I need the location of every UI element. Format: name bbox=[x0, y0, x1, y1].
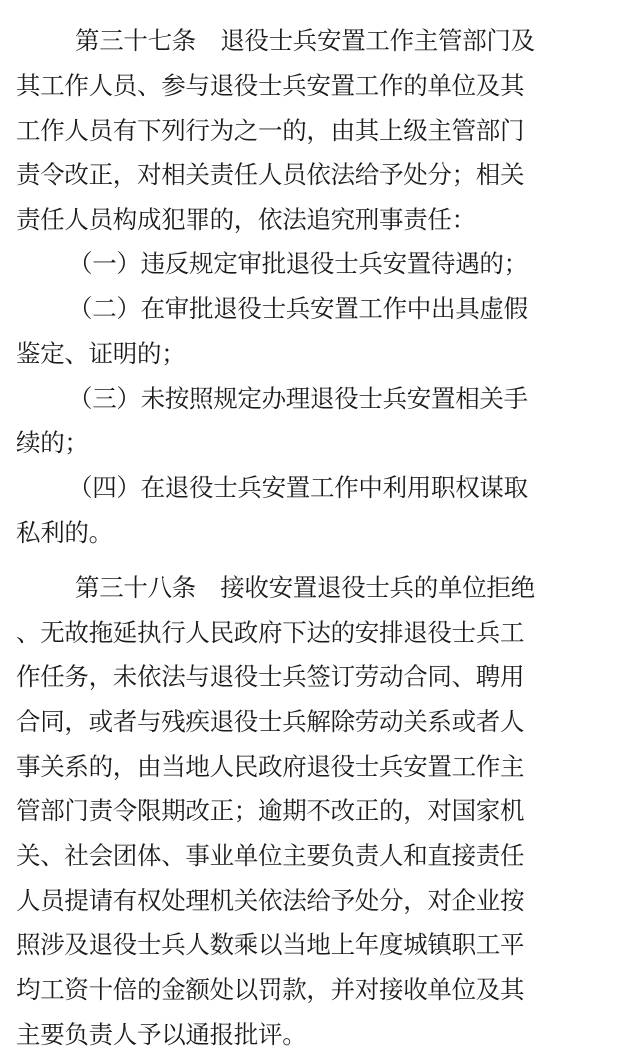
list-item-4: （四）在退役士兵安置工作中利用职权谋取 bbox=[68, 465, 640, 510]
text-line: 私利的。 bbox=[16, 510, 626, 555]
text-line: 责令改正，对相关责任人员依法给予处分；相关 bbox=[16, 152, 626, 197]
text-line: 作任务，未依法与退役士兵签订劳动合同、聘用 bbox=[16, 654, 626, 699]
text-line: 续的； bbox=[16, 420, 626, 465]
text-line: 其工作人员、参与退役士兵安置工作的单位及其 bbox=[16, 63, 626, 108]
article-38-heading-line: 第三十八条 接收安置退役士兵的单位拒绝 bbox=[75, 565, 640, 610]
text-line: 照涉及退役士兵人数乘以当地上年度城镇职工平 bbox=[16, 922, 626, 967]
text-line: 均工资十倍的金额处以罚款，并对接收单位及其 bbox=[16, 967, 626, 1012]
text-line: 合同，或者与残疾退役士兵解除劳动关系或者人 bbox=[16, 699, 626, 744]
text-line: 鉴定、证明的； bbox=[16, 331, 626, 376]
text-line: 工作人员有下列行为之一的，由其上级主管部门 bbox=[16, 108, 626, 153]
list-item-3: （三）未按照规定办理退役士兵安置相关手 bbox=[68, 376, 640, 421]
text-line: 、无故拖延执行人民政府下达的安排退役士兵工 bbox=[16, 610, 626, 655]
list-item-2: （二）在审批退役士兵安置工作中出具虚假 bbox=[68, 286, 640, 331]
text-line: 管部门责令限期改正；逾期不改正的，对国家机 bbox=[16, 788, 626, 833]
article-37-heading-line: 第三十七条 退役士兵安置工作主管部门及 bbox=[75, 18, 640, 63]
document-page: 第三十七条 退役士兵安置工作主管部门及 其工作人员、参与退役士兵安置工作的单位及… bbox=[0, 0, 640, 1064]
text-line: 事关系的，由当地人民政府退役士兵安置工作主 bbox=[16, 744, 626, 789]
text-line: 主要负责人予以通报批评。 bbox=[16, 1012, 626, 1057]
text-line: 关、社会团体、事业单位主要负责人和直接责任 bbox=[16, 833, 626, 878]
text-line: 责任人员构成犯罪的，依法追究刑事责任： bbox=[16, 197, 626, 242]
text-line: 人员提请有权处理机关依法给予处分，对企业按 bbox=[16, 878, 626, 923]
list-item-1: （一）违反规定审批退役士兵安置待遇的； bbox=[68, 241, 640, 286]
